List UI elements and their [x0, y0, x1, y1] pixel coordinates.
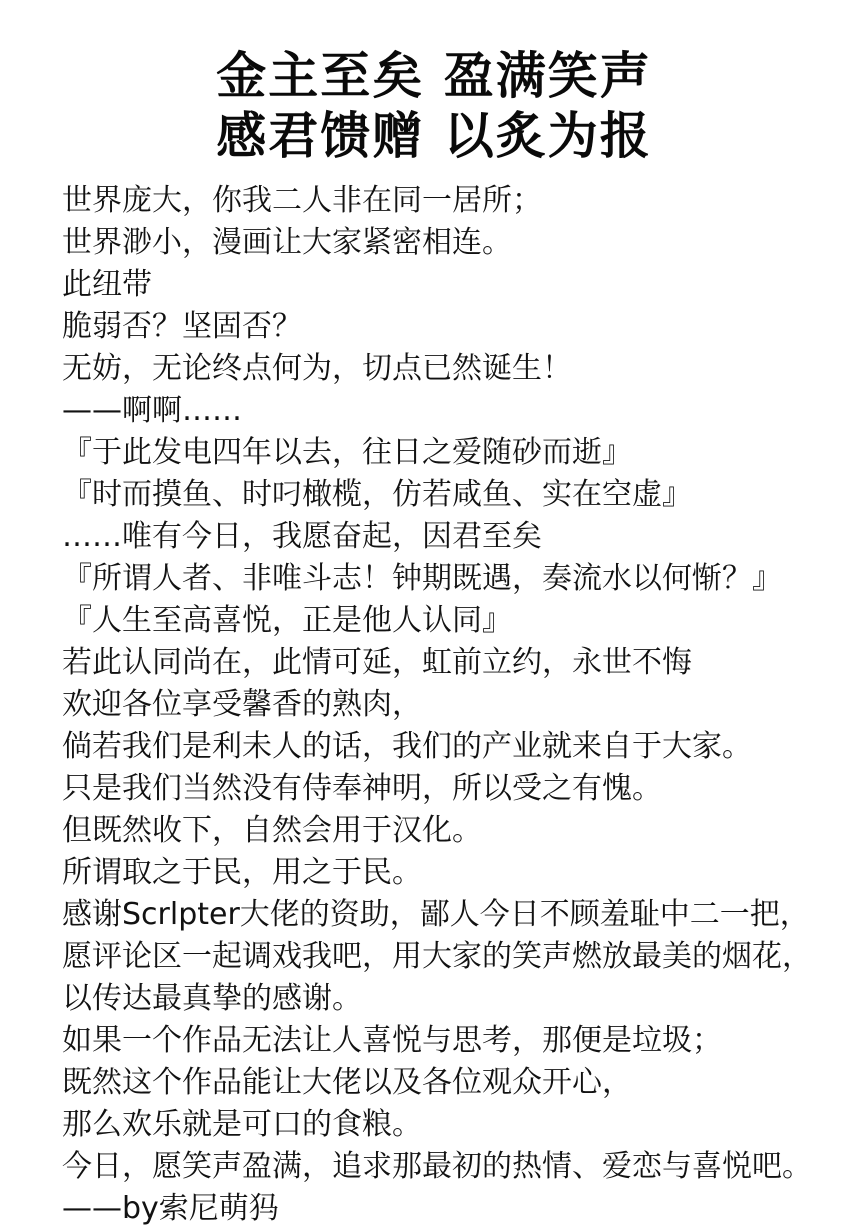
body-line: 但既然收下，自然会用于汉化。 [62, 810, 852, 852]
note-body: 世界庞大，你我二人非在同一居所； 世界渺小，漫画让大家紧密相连。 此纽带 脆弱否… [0, 166, 868, 1227]
body-line: 若此认同尚在，此情可延，虹前立约，永世不悔 [62, 642, 852, 684]
body-line: ——啊啊…… [62, 390, 852, 432]
body-line: 『人生至高喜悦，正是他人认同』 [62, 600, 852, 642]
body-line: 今日，愿笑声盈满，追求那最初的热情、爱恋与喜悦吧。 [62, 1146, 852, 1188]
body-line: 以传达最真挚的感谢。 [62, 978, 852, 1020]
body-line: 愿评论区一起调戏我吧，用大家的笑声燃放最美的烟花， [62, 936, 852, 978]
body-line: 如果一个作品无法让人喜悦与思考，那便是垃圾； [62, 1020, 852, 1062]
body-line: 此纽带 [62, 264, 852, 306]
body-line: 倘若我们是利未人的话，我们的产业就来自于大家。 [62, 726, 852, 768]
body-line: 所谓取之于民，用之于民。 [62, 852, 852, 894]
note-page: 金主至矣 盈满笑声 感君馈赠 以炙为报 世界庞大，你我二人非在同一居所； 世界渺… [0, 0, 868, 1227]
body-line: 脆弱否？坚固否？ [62, 306, 852, 348]
body-line: ——by索尼萌犸 [62, 1188, 852, 1227]
body-line: 世界渺小，漫画让大家紧密相连。 [62, 222, 852, 264]
body-line: 那么欢乐就是可口的食粮。 [62, 1104, 852, 1146]
page-title: 金主至矣 盈满笑声 感君馈赠 以炙为报 [0, 0, 868, 166]
body-line: 欢迎各位享受馨香的熟肉， [62, 684, 852, 726]
body-line: 『于此发电四年以去，往日之爱随砂而逝』 [62, 432, 852, 474]
body-line: 世界庞大，你我二人非在同一居所； [62, 180, 852, 222]
body-line: ……唯有今日，我愿奋起，因君至矣 [62, 516, 852, 558]
title-line-2: 感君馈赠 以炙为报 [0, 106, 868, 166]
body-line: 既然这个作品能让大佬以及各位观众开心， [62, 1062, 852, 1104]
body-line: 感谢Scrlpter大佬的资助，鄙人今日不顾羞耻中二一把， [62, 894, 852, 936]
title-line-1: 金主至矣 盈满笑声 [0, 46, 868, 106]
body-line: 『时而摸鱼、时叼橄榄，仿若咸鱼、实在空虚』 [62, 474, 852, 516]
body-line: 『所谓人者、非唯斗志！钟期既遇，奏流水以何惭？』 [62, 558, 852, 600]
body-line: 无妨，无论终点何为，切点已然诞生！ [62, 348, 852, 390]
body-line: 只是我们当然没有侍奉神明，所以受之有愧。 [62, 768, 852, 810]
